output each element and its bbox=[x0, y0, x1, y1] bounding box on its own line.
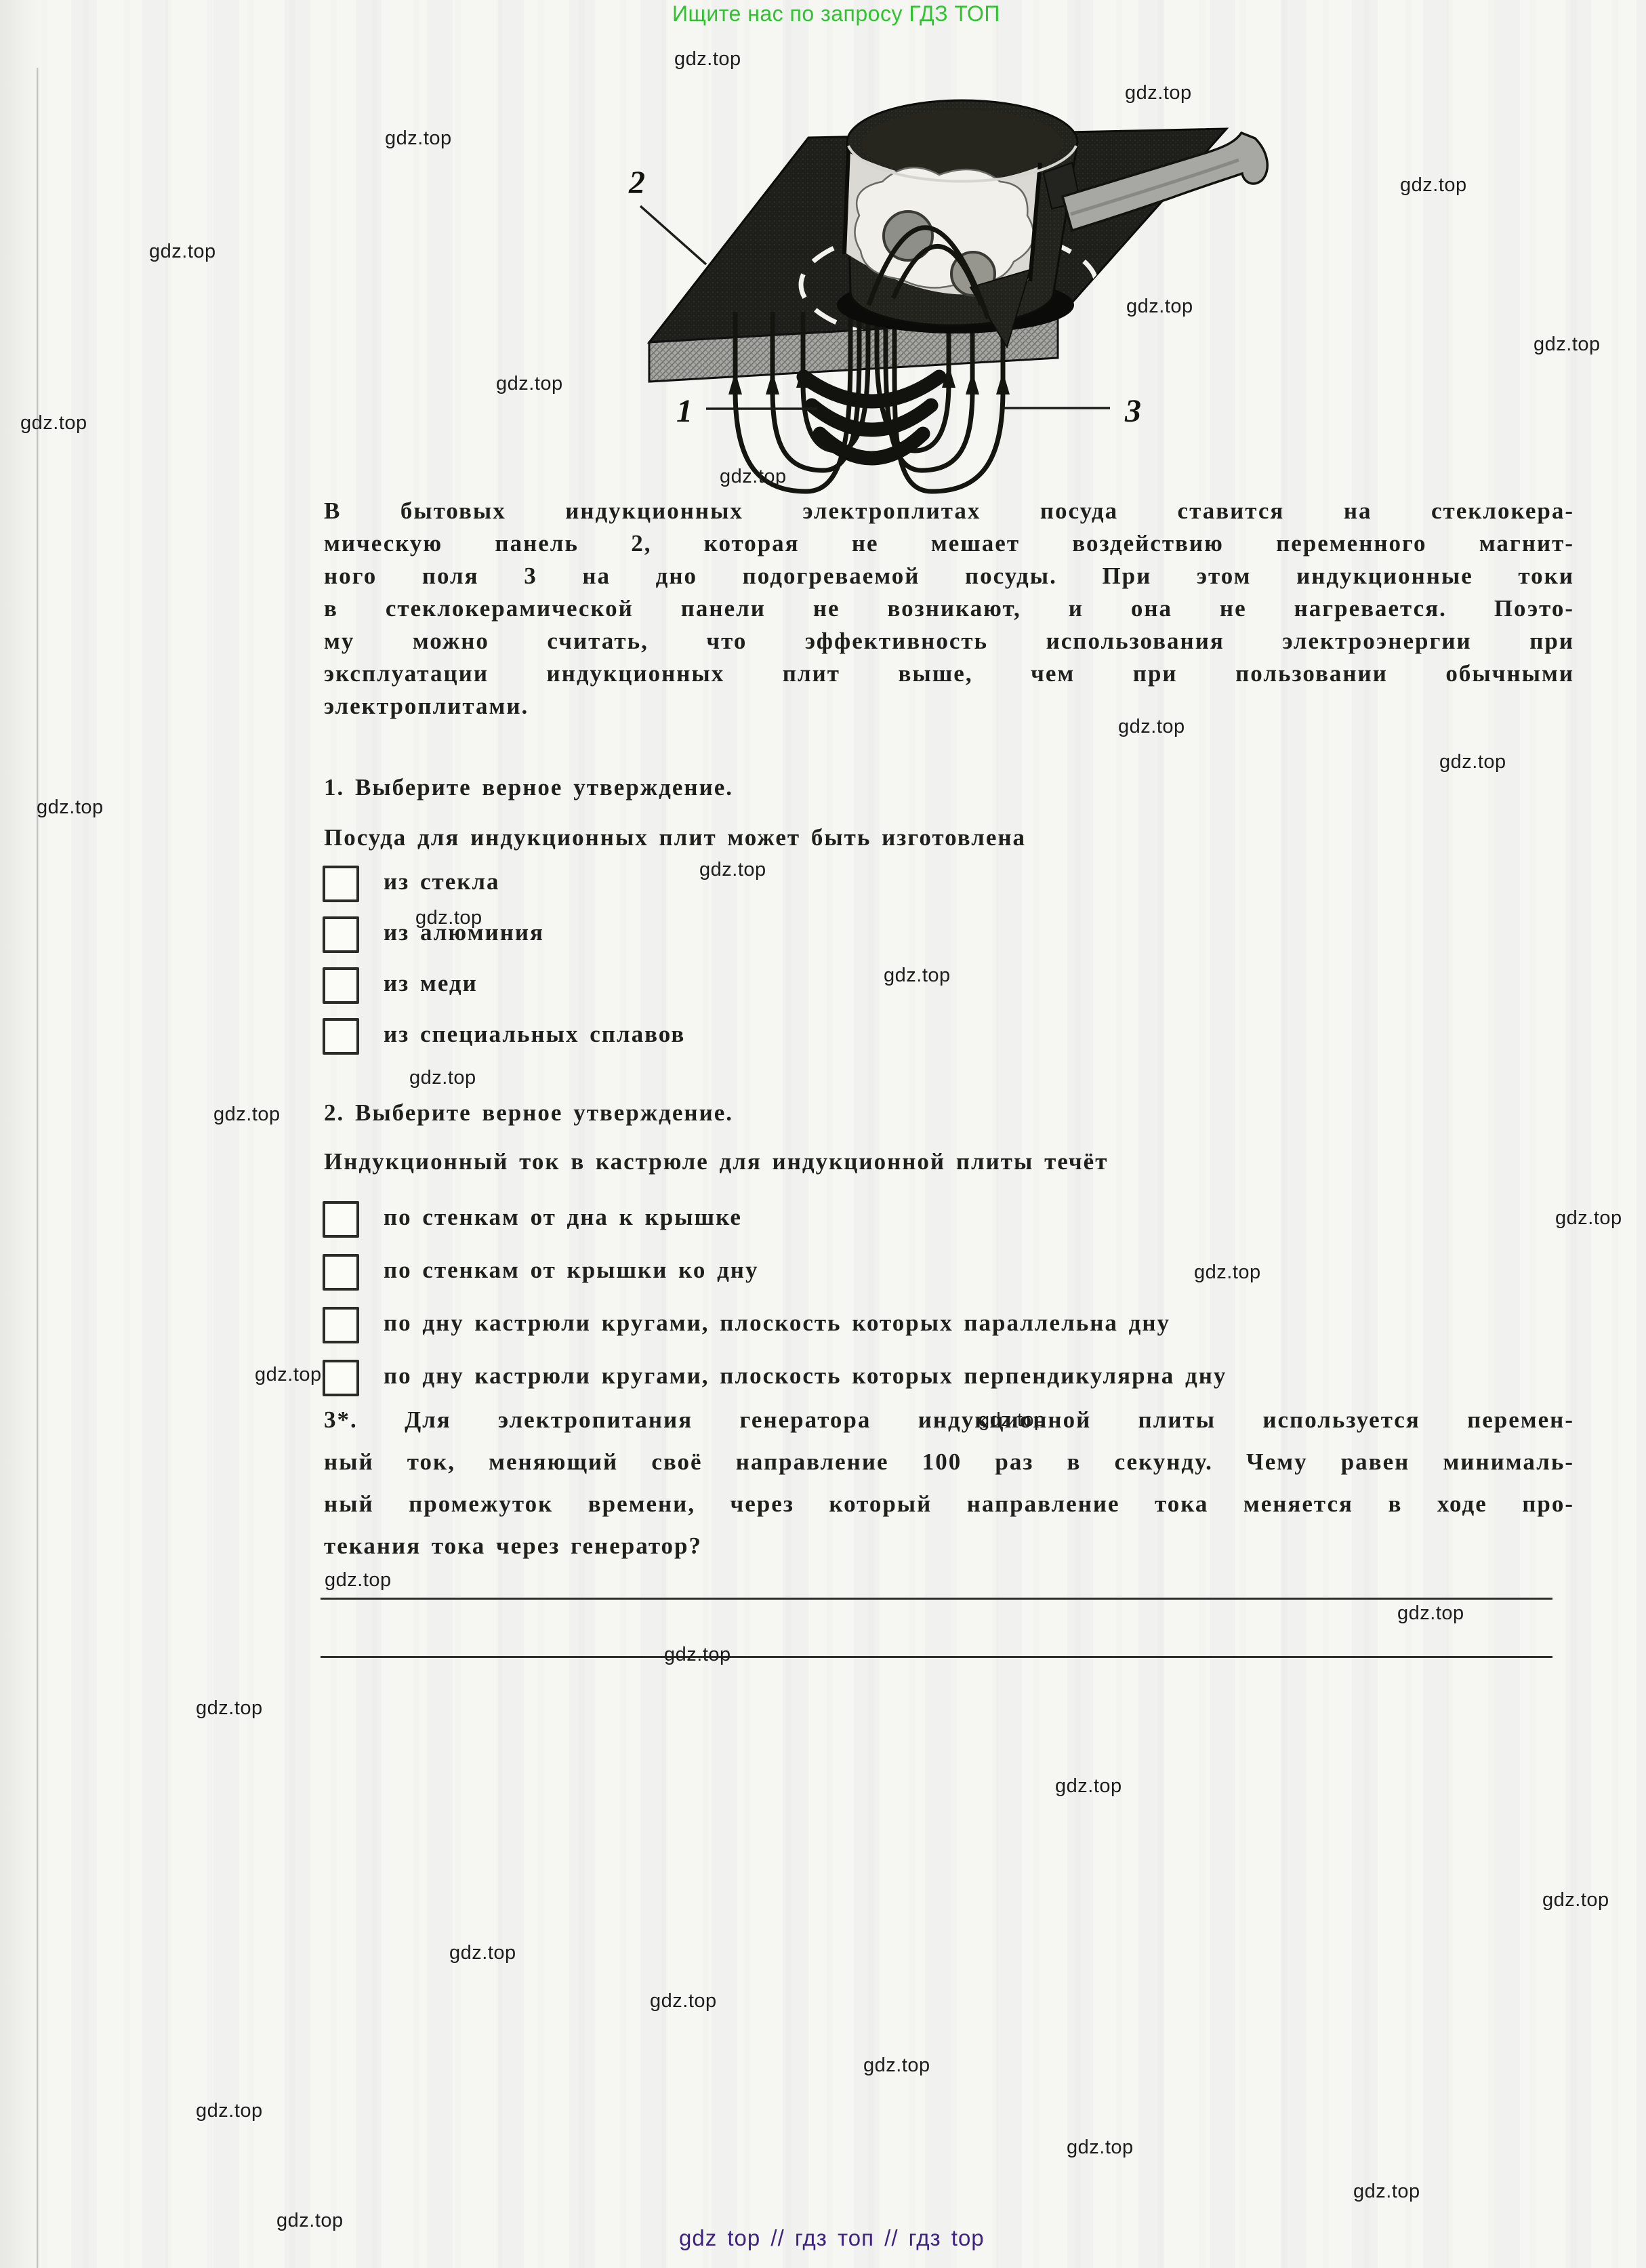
q2-title: 2. Выберите верное утверждение. bbox=[324, 1097, 733, 1129]
promo-header: Ищите нас по запросу ГДЗ ТОП bbox=[672, 1, 1000, 26]
watermark: gdz.top bbox=[255, 1364, 322, 1386]
watermark: gdz.top bbox=[196, 1697, 263, 1720]
watermark: gdz.top bbox=[699, 859, 766, 881]
q1-option-1-checkbox[interactable] bbox=[323, 866, 359, 902]
watermark: gdz.top bbox=[276, 2210, 344, 2232]
q3-line: 3*. Для электропитания генератора индукц… bbox=[324, 1399, 1574, 1441]
induction-coil bbox=[804, 377, 939, 458]
promo-footer: gdz top // гдз топ // гдз top bbox=[679, 2225, 985, 2251]
watermark: gdz.top bbox=[674, 48, 741, 70]
q2-option-2-checkbox[interactable] bbox=[323, 1254, 359, 1291]
q3-text: 3*. Для электропитания генератора индукц… bbox=[324, 1399, 1574, 1567]
watermark: gdz.top bbox=[1125, 82, 1192, 104]
watermark: gdz.top bbox=[196, 2100, 263, 2122]
q2-option-row-3: по дну кастрюли кругами, плоскость котор… bbox=[323, 1307, 1170, 1346]
intro-line: ного поля 3 на дно подогреваемой посуды.… bbox=[324, 560, 1574, 592]
q2-option-3-checkbox[interactable] bbox=[323, 1307, 359, 1343]
watermark: gdz.top bbox=[149, 241, 216, 263]
q2-option-1-checkbox[interactable] bbox=[323, 1201, 359, 1238]
watermark: gdz.top bbox=[1439, 751, 1506, 773]
watermark: gdz.top bbox=[884, 965, 951, 987]
watermark: gdz.top bbox=[409, 1067, 476, 1089]
q2-prompt: Индукционный ток в кастрюле для индукцио… bbox=[324, 1146, 1108, 1178]
intro-line: мическую панель 2, которая не мешает воз… bbox=[324, 527, 1574, 560]
watermark: gdz.top bbox=[863, 2054, 930, 2077]
q1-option-row-1: из стекла bbox=[323, 866, 500, 905]
watermark: gdz.top bbox=[1118, 716, 1185, 738]
intro-paragraph: В бытовых индукционных электроплитах пос… bbox=[324, 495, 1574, 723]
watermark: gdz.top bbox=[415, 907, 482, 929]
answer-writing-line-1 bbox=[321, 1598, 1552, 1600]
q1-option-row-4: из специальных сплавов bbox=[323, 1018, 685, 1057]
q1-option-2-checkbox[interactable] bbox=[323, 916, 359, 953]
q2-option-row-4: по дну кастрюли кругами, плоскость котор… bbox=[323, 1360, 1227, 1399]
intro-line: эксплуатации индукционных плит выше, чем… bbox=[324, 657, 1574, 690]
watermark: gdz.top bbox=[1397, 1602, 1464, 1625]
watermark: gdz.top bbox=[1555, 1207, 1622, 1230]
watermark: gdz.top bbox=[325, 1569, 392, 1592]
q3-line: текания тока через генератор? bbox=[324, 1525, 1574, 1567]
q2-option-row-1: по стенкам от дна к крышке bbox=[323, 1201, 742, 1240]
watermark: gdz.top bbox=[449, 1942, 516, 1964]
q2-option-1-label: по стенкам от дна к крышке bbox=[384, 1201, 742, 1238]
intro-line: в стеклокерамической панели не возникают… bbox=[324, 592, 1574, 625]
intro-line: му можно считать, что эффективность испо… bbox=[324, 625, 1574, 657]
q1-option-4-checkbox[interactable] bbox=[323, 1018, 359, 1055]
watermark: gdz.top bbox=[720, 466, 787, 488]
q1-option-1-label: из стекла bbox=[384, 866, 500, 902]
page-gutter-shade bbox=[0, 0, 42, 2268]
watermark: gdz.top bbox=[1126, 296, 1193, 318]
figure-label-panel: 2 bbox=[628, 165, 645, 201]
q1-option-4-label: из специальных сплавов bbox=[384, 1018, 685, 1055]
watermark: gdz.top bbox=[1353, 2181, 1420, 2203]
watermark: gdz.top bbox=[1055, 1775, 1122, 1798]
q1-title: 1. Выберите верное утверждение. bbox=[324, 771, 733, 804]
q2-option-4-checkbox[interactable] bbox=[323, 1360, 359, 1396]
watermark: gdz.top bbox=[1067, 2137, 1134, 2159]
answer-writing-line-2 bbox=[321, 1656, 1552, 1658]
watermark: gdz.top bbox=[20, 412, 87, 434]
q1-option-3-label: из меди bbox=[384, 967, 478, 1004]
figure-label-coil: 1 bbox=[676, 393, 693, 429]
intro-line: В бытовых индукционных электроплитах пос… bbox=[324, 495, 1574, 527]
watermark: gdz.top bbox=[213, 1103, 281, 1126]
watermark: gdz.top bbox=[37, 796, 104, 819]
watermark: gdz.top bbox=[664, 1644, 731, 1666]
q1-option-row-3: из меди bbox=[323, 967, 478, 1007]
watermark: gdz.top bbox=[1400, 174, 1467, 197]
watermark: gdz.top bbox=[979, 1409, 1046, 1432]
q1-prompt: Посуда для индукционных плит может быть … bbox=[324, 822, 1026, 854]
q2-option-3-label: по дну кастрюли кругами, плоскость котор… bbox=[384, 1307, 1170, 1343]
q2-option-row-2: по стенкам от крышки ко дну bbox=[323, 1254, 758, 1293]
watermark: gdz.top bbox=[650, 1990, 717, 2012]
q3-line: ный ток, меняющий своё направление 100 р… bbox=[324, 1441, 1574, 1483]
watermark: gdz.top bbox=[1534, 333, 1601, 356]
scanned-workbook-page: Ищите нас по запросу ГДЗ ТОП bbox=[0, 0, 1646, 2268]
q2-option-4-label: по дну кастрюли кругами, плоскость котор… bbox=[384, 1360, 1227, 1396]
watermark: gdz.top bbox=[1542, 1889, 1609, 1911]
intro-line: электроплитами. bbox=[324, 690, 1574, 723]
q1-option-3-checkbox[interactable] bbox=[323, 967, 359, 1004]
watermark: gdz.top bbox=[385, 127, 452, 150]
figure-label-field: 3 bbox=[1124, 393, 1141, 429]
q3-line: ный промежуток времени, через который на… bbox=[324, 1483, 1574, 1525]
watermark: gdz.top bbox=[1194, 1261, 1261, 1284]
q2-option-2-label: по стенкам от крышки ко дну bbox=[384, 1254, 758, 1291]
page-fold-line bbox=[37, 68, 38, 2268]
watermark: gdz.top bbox=[496, 373, 563, 395]
